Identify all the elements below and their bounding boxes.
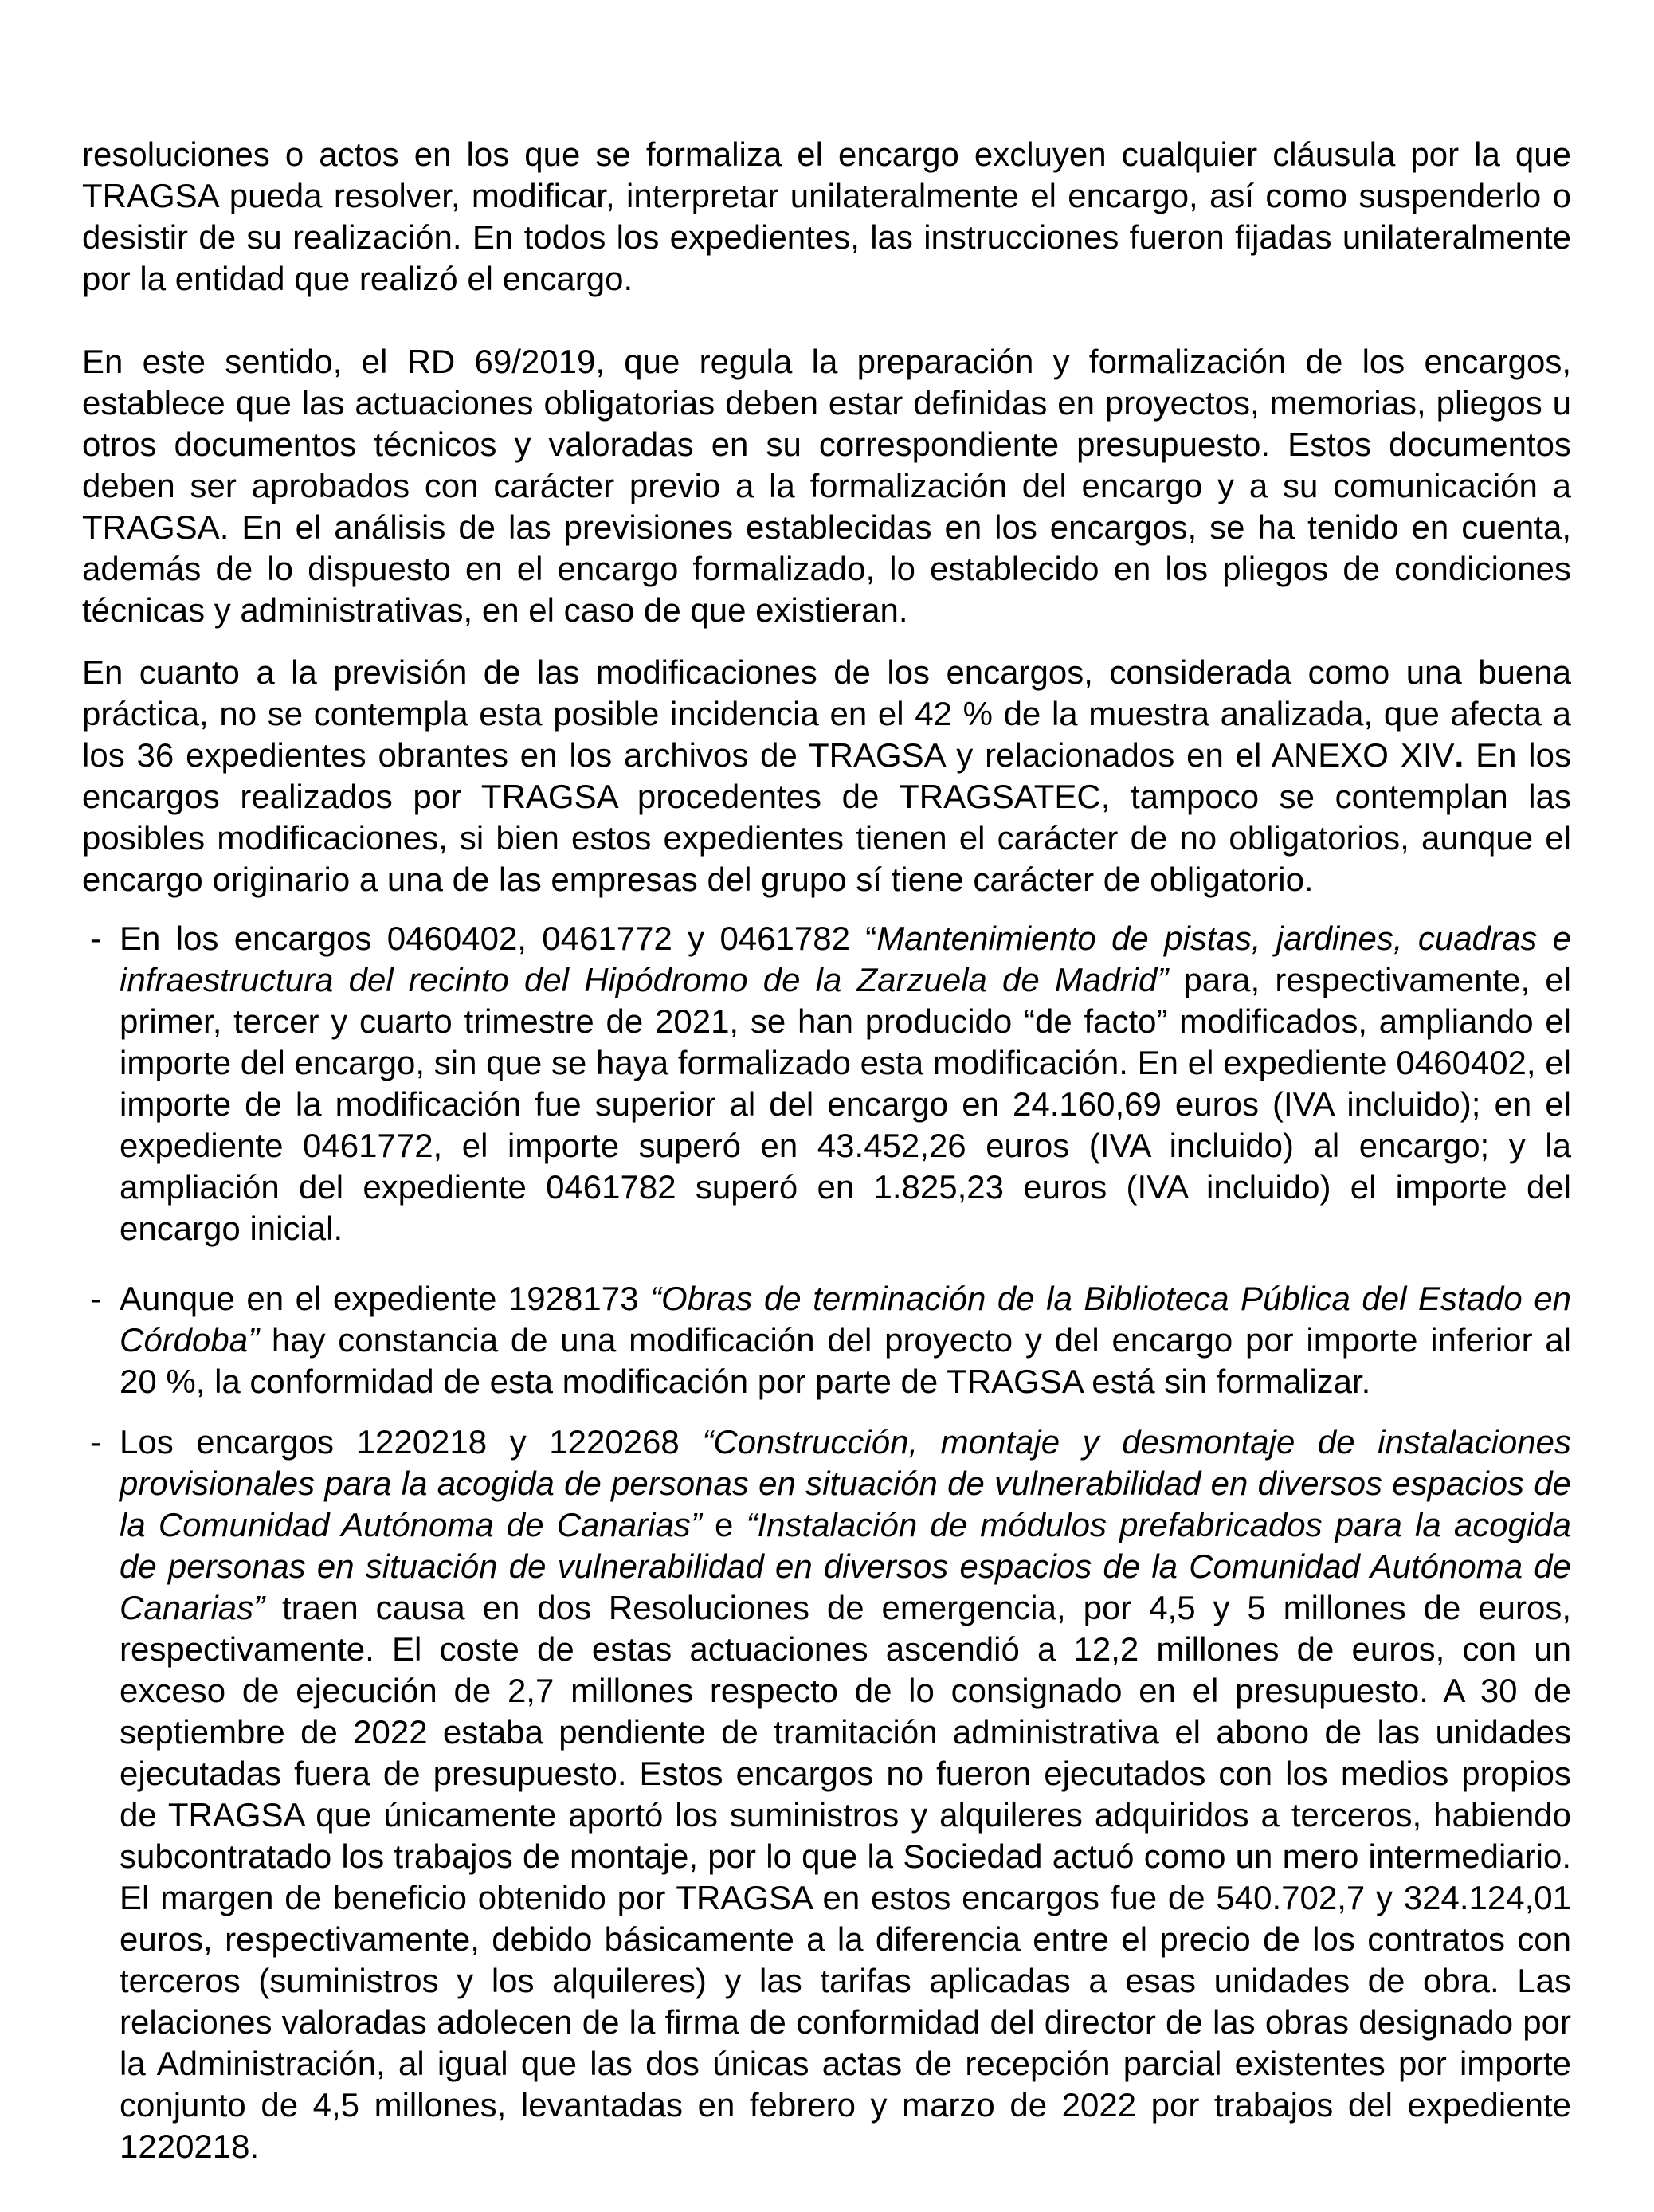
- bullet-dash: -: [90, 1278, 101, 1320]
- paragraph-prevision-modificaciones: En cuanto a la previsión de las modifica…: [82, 652, 1571, 900]
- list-item-text: Los encargos 1220218 y 1220268 “Construc…: [120, 1422, 1571, 2167]
- list-item-biblioteca-cordoba: - Aunque en el expediente 1928173 “Obras…: [82, 1278, 1571, 1402]
- paragraph-resoluciones: resoluciones o actos en los que se forma…: [82, 134, 1571, 300]
- list-item-encargos-hipodromo: - En los encargos 0460402, 0461772 y 046…: [82, 918, 1571, 1249]
- text-run: Los encargos 1220218 y 1220268: [120, 1423, 702, 1461]
- bullet-dash: -: [90, 918, 101, 959]
- text-run: En los encargos 0460402, 0461772 y 04617…: [120, 920, 876, 957]
- text-run: e: [702, 1506, 747, 1543]
- text-run: traen causa en dos Resoluciones de emerg…: [120, 1589, 1571, 2165]
- text-run: resoluciones o actos en los que se forma…: [82, 135, 1571, 297]
- document-page: resoluciones o actos en los que se forma…: [0, 0, 1654, 2212]
- list-item-text: Aunque en el expediente 1928173 “Obras d…: [120, 1278, 1571, 1402]
- text-run: hay constancia de una modificación del p…: [120, 1321, 1571, 1400]
- list-item-text: En los encargos 0460402, 0461772 y 04617…: [120, 918, 1571, 1249]
- text-run-bold-period: .: [1455, 736, 1464, 774]
- list-item-encargos-canarias: - Los encargos 1220218 y 1220268 “Constr…: [82, 1422, 1571, 2167]
- text-run: En este sentido, el RD 69/2019, que regu…: [82, 343, 1571, 629]
- text-run: para, respectivamente, el primer, tercer…: [120, 961, 1571, 1247]
- paragraph-rd-69-2019: En este sentido, el RD 69/2019, que regu…: [82, 341, 1571, 631]
- bullet-dash: -: [90, 1422, 101, 1463]
- text-run: Aunque en el expediente 1928173: [120, 1280, 650, 1317]
- text-run: En cuanto a la previsión de las modifica…: [82, 653, 1571, 774]
